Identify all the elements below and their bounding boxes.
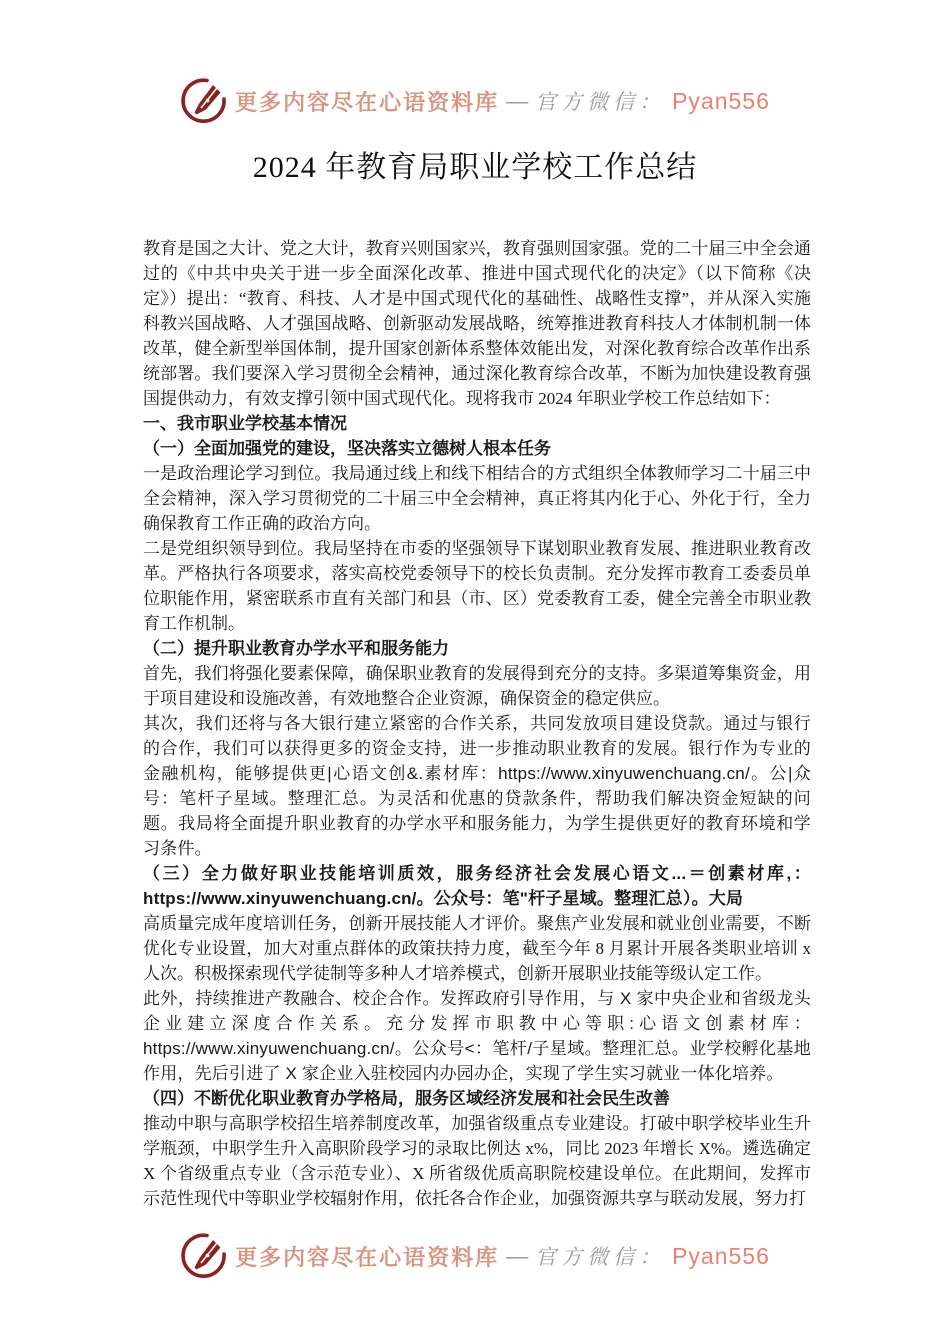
pen-nib-logo-icon — [180, 1232, 228, 1280]
section-heading: （三）全力做好职业技能培训质效，服务经济社会发展心语文...＝创素材库,：htt… — [143, 861, 811, 911]
watermark-brand-text: 更多内容尽在心语资料库 — [235, 1241, 499, 1272]
document-body: 教育是国之大计、党之大计，教育兴则国家兴，教育强则国家强。党的二十届三中全会通过… — [143, 236, 811, 1211]
watermark-separator: — — [506, 1243, 528, 1269]
pen-nib-logo-icon — [180, 77, 228, 125]
paragraph: 二是党组织领导到位。我局坚持在市委的坚强领导下谋划职业教育发展、推进职业教育改革… — [143, 536, 811, 636]
document-title: 2024 年教育局职业学校工作总结 — [0, 142, 950, 186]
paragraph: 一是政治理论学习到位。我局通过线上和线下相结合的方式组织全体教师学习二十届三中全… — [143, 461, 811, 536]
paragraph: 推动中职与高职学校招生培养制度改革，加强省级重点专业建设。打破中职学校毕业生升学… — [143, 1111, 811, 1211]
watermark-wechat-label: 官方微信： — [535, 86, 665, 116]
paragraph: 此外，持续推进产教融合、校企合作。发挥政府引导作用，与 X 家中央企业和省级龙头… — [143, 986, 811, 1086]
section-heading: （四）不断优化职业教育办学格局，服务区域经济发展和社会民生改善 — [143, 1086, 811, 1111]
watermark-brand-text: 更多内容尽在心语资料库 — [235, 86, 499, 117]
paragraph: 首先，我们将强化要素保障，确保职业教育的发展得到充分的支持。多渠道筹集资金，用于… — [143, 661, 811, 711]
watermark-footer: 更多内容尽在心语资料库 — 官方微信： Pyan556 — [0, 1231, 950, 1281]
watermark-separator: — — [506, 88, 528, 114]
watermark-wechat-account: Pyan556 — [672, 1243, 770, 1270]
paragraph: 其次，我们还将与各大银行建立紧密的合作关系，共同发放项目建设贷款。通过与银行的合… — [143, 711, 811, 861]
section-heading: 一、我市职业学校基本情况 — [143, 411, 811, 436]
section-heading: （二）提升职业教育办学水平和服务能力 — [143, 636, 811, 661]
watermark-wechat-account: Pyan556 — [672, 88, 770, 115]
paragraph: 高质量完成年度培训任务，创新开展技能人才评价。聚焦产业发展和就业创业需要，不断优… — [143, 911, 811, 986]
watermark-header: 更多内容尽在心语资料库 — 官方微信： Pyan556 — [0, 0, 950, 126]
document-page: 更多内容尽在心语资料库 — 官方微信： Pyan556 2024 年教育局职业学… — [0, 0, 950, 1344]
watermark-wechat-label: 官方微信： — [535, 1241, 665, 1271]
section-heading: （一）全面加强党的建设，坚决落实立德树人根本任务 — [143, 436, 811, 461]
paragraph: 教育是国之大计、党之大计，教育兴则国家兴，教育强则国家强。党的二十届三中全会通过… — [143, 236, 811, 411]
